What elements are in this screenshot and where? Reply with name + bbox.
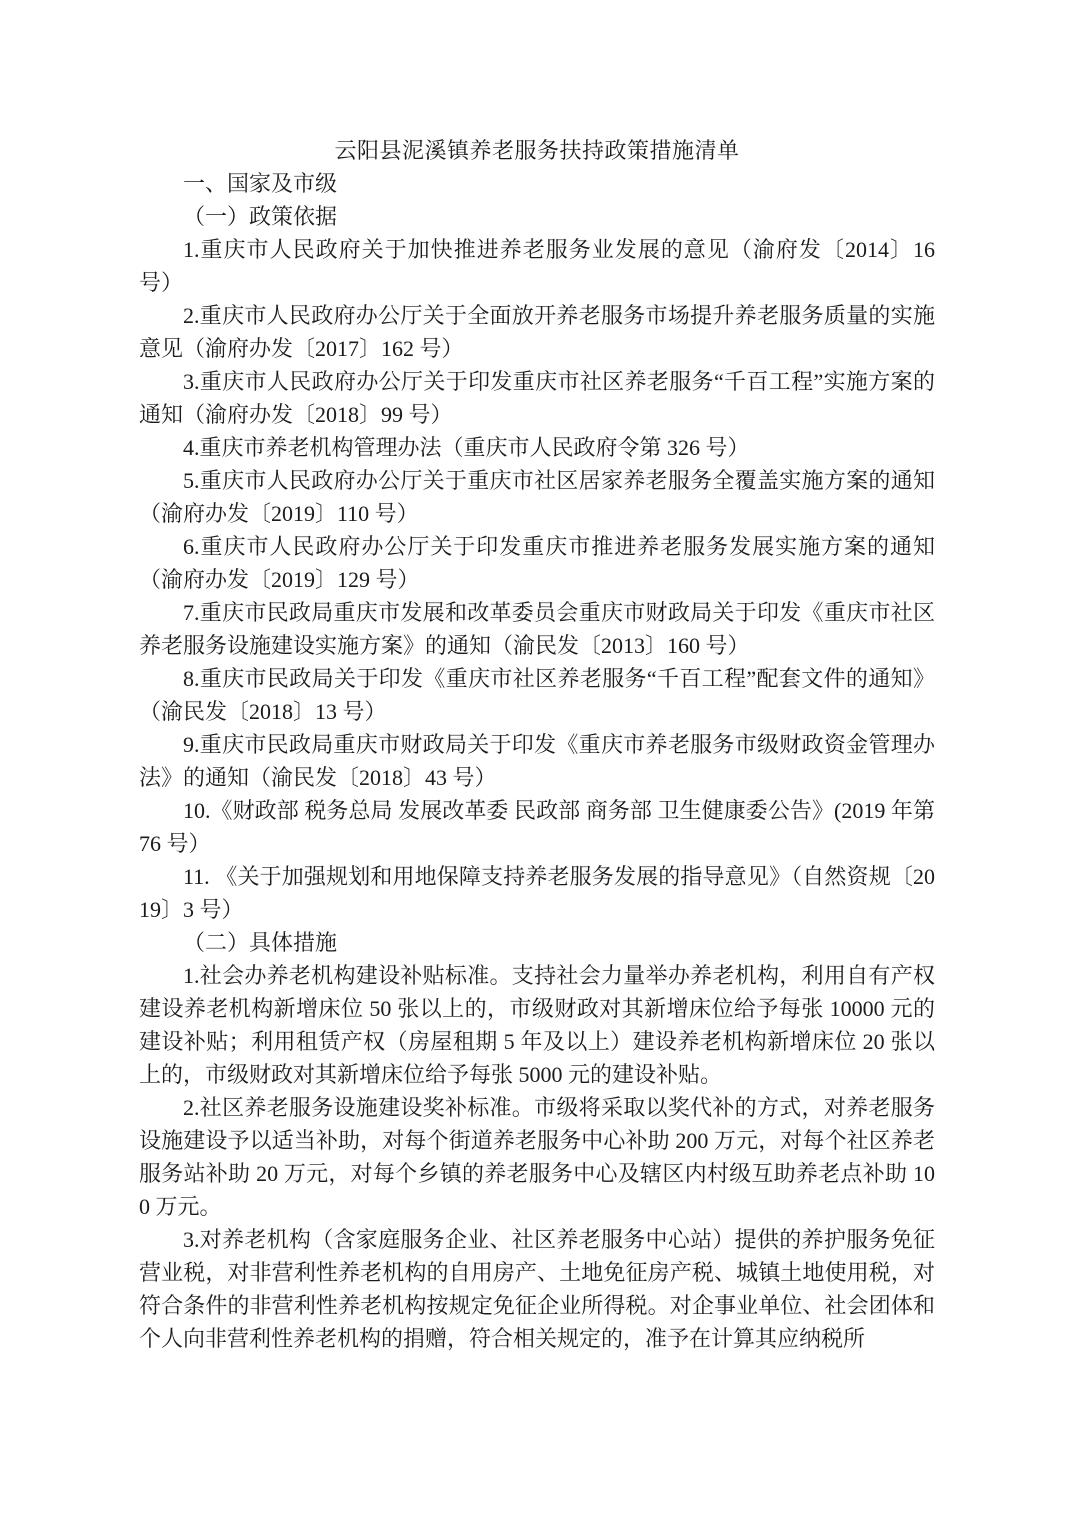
list-item: 4.重庆市养老机构管理办法（重庆市人民政府令第 326 号）	[139, 431, 935, 464]
subsection-heading: （一）政策依据	[139, 200, 935, 233]
document-title: 云阳县泥溪镇养老服务扶持政策措施清单	[139, 134, 935, 167]
document-page: 云阳县泥溪镇养老服务扶持政策措施清单 一、国家及市级 （一）政策依据 1.重庆市…	[0, 0, 1074, 1520]
body-paragraph: 1.社会办养老机构建设补贴标准。支持社会力量举办养老机构，利用自有产权建设养老机…	[139, 959, 935, 1091]
list-item: 11. 《关于加强规划和用地保障支持养老服务发展的指导意见》（自然资规〔2019…	[139, 860, 935, 926]
list-item: 3.重庆市人民政府办公厅关于印发重庆市社区养老服务“千百工程”实施方案的通知（渝…	[139, 365, 935, 431]
list-item: 6.重庆市人民政府办公厅关于印发重庆市推进养老服务发展实施方案的通知（渝府办发〔…	[139, 530, 935, 596]
subsection-heading: （二）具体措施	[139, 926, 935, 959]
list-item: 7.重庆市民政局重庆市发展和改革委员会重庆市财政局关于印发《重庆市社区养老服务设…	[139, 596, 935, 662]
body-paragraph: 2.社区养老服务设施建设奖补标准。市级将采取以奖代补的方式，对养老服务设施建设予…	[139, 1091, 935, 1223]
list-item: 1.重庆市人民政府关于加快推进养老服务业发展的意见（渝府发〔2014〕16 号）	[139, 233, 935, 299]
section-heading: 一、国家及市级	[139, 167, 935, 200]
list-item: 10.《财政部 税务总局 发展改革委 民政部 商务部 卫生健康委公告》(2019…	[139, 794, 935, 860]
body-paragraph: 3.对养老机构（含家庭服务企业、社区养老服务中心站）提供的养护服务免征营业税，对…	[139, 1223, 935, 1355]
list-item: 5.重庆市人民政府办公厅关于重庆市社区居家养老服务全覆盖实施方案的通知（渝府办发…	[139, 464, 935, 530]
list-item: 9.重庆市民政局重庆市财政局关于印发《重庆市养老服务市级财政资金管理办法》的通知…	[139, 728, 935, 794]
list-item: 2.重庆市人民政府办公厅关于全面放开养老服务市场提升养老服务质量的实施意见（渝府…	[139, 299, 935, 365]
list-item: 8.重庆市民政局关于印发《重庆市社区养老服务“千百工程”配套文件的通知》（渝民发…	[139, 662, 935, 728]
